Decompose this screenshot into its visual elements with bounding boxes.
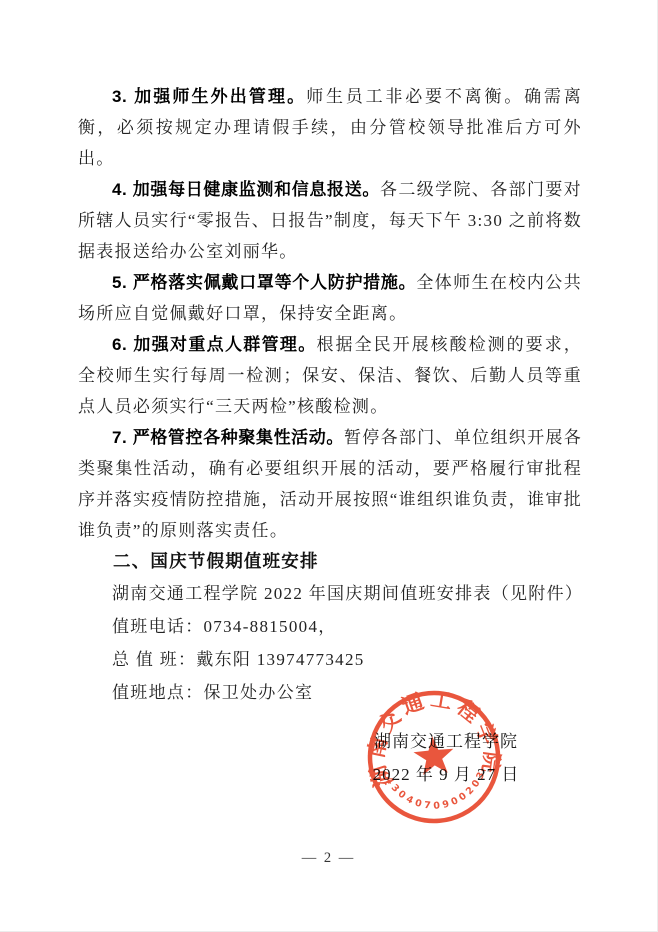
page-number: — 2 — (0, 850, 657, 867)
document-body: 3. 加强师生外出管理。师生员工非必要不离衡。确需离衡，必须按规定办理请假手续，… (78, 81, 582, 709)
signature-block: 湖南交通工程学院 2022 年 9 月 27 日 (356, 726, 536, 791)
paragraph-3: 3. 加强师生外出管理。师生员工非必要不离衡。确需离衡，必须按规定办理请假手续，… (78, 81, 582, 174)
paragraph-4-lead: 4. 加强每日健康监测和信息报送。 (112, 180, 380, 199)
section-heading: 二、国庆节假期值班安排 (78, 546, 582, 577)
document-page: 3. 加强师生外出管理。师生员工非必要不离衡。确需离衡，必须按规定办理请假手续，… (0, 0, 658, 932)
signature-org: 湖南交通工程学院 (356, 726, 536, 759)
duty-phone-line: 值班电话：0734-8815004， (78, 610, 582, 643)
duty-schedule-line: 湖南交通工程学院 2022 年国庆期间值班安排表（见附件） (78, 577, 582, 610)
paragraph-7-lead: 7. 严格管控各种聚集性活动。 (112, 428, 344, 447)
paragraph-3-lead: 3. 加强师生外出管理。 (112, 87, 306, 106)
paragraph-5-lead: 5. 严格落实佩戴口罩等个人防护措施。 (112, 273, 416, 292)
paragraph-7: 7. 严格管控各种聚集性活动。暂停各部门、单位组织开展各类聚集性活动，确有必要组… (78, 422, 582, 546)
signature-date: 2022 年 9 月 27 日 (356, 759, 536, 792)
paragraph-5: 5. 严格落实佩戴口罩等个人防护措施。全体师生在校内公共场所应自觉佩戴好口罩，保… (78, 267, 582, 329)
paragraph-6: 6. 加强对重点人群管理。根据全民开展核酸检测的要求，全校师生实行每周一检测；保… (78, 329, 582, 422)
duty-location-line: 值班地点：保卫处办公室 (78, 676, 582, 709)
duty-chief-line: 总 值 班：戴东阳 13974773425 (78, 643, 582, 676)
paragraph-6-lead: 6. 加强对重点人群管理。 (112, 335, 317, 354)
paragraph-4: 4. 加强每日健康监测和信息报送。各二级学院、各部门要对所辖人员实行“零报告、日… (78, 174, 582, 267)
